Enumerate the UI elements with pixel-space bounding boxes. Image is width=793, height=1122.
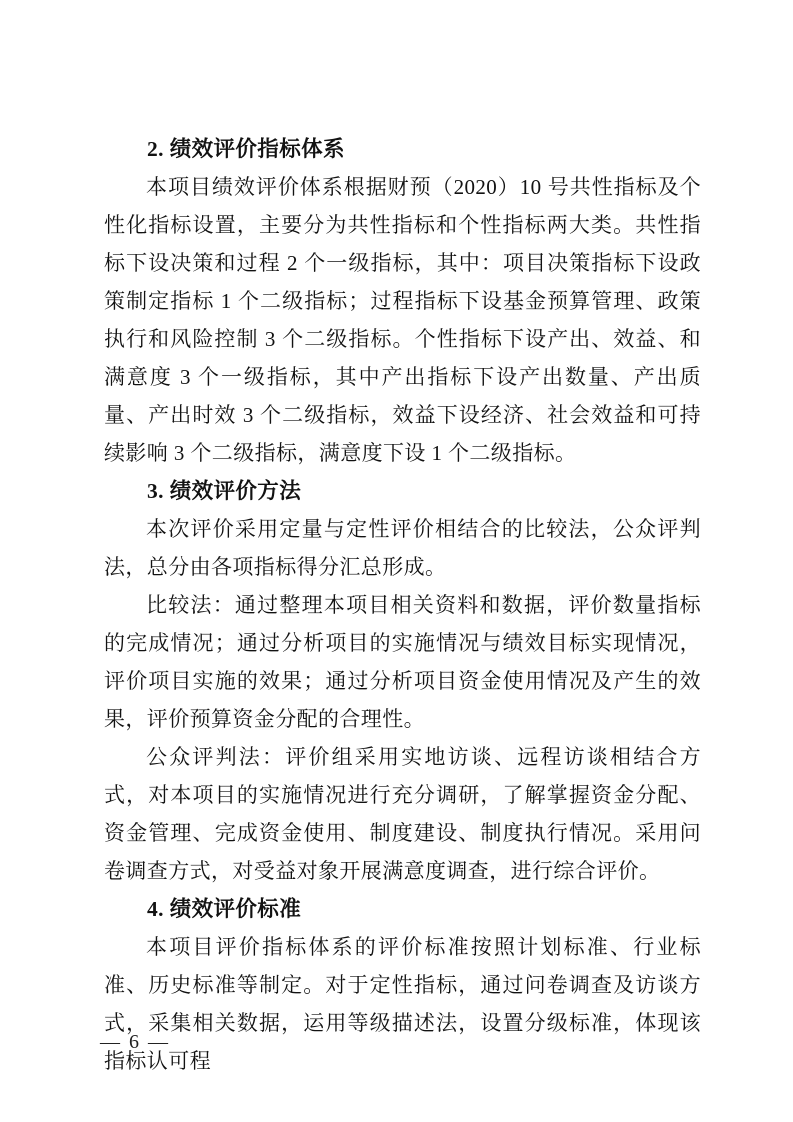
page-number: — 6 — — [100, 1028, 170, 1056]
section-heading-evaluation-method: 3. 绩效评价方法 — [104, 472, 701, 510]
document-content: 2. 绩效评价指标体系 本项目绩效评价体系根据财预（2020）10 号共性指标及… — [104, 130, 701, 1080]
paragraph-public-judgement-method: 公众评判法：评价组采用实地访谈、远程访谈相结合方式，对本项目的实施情况进行充分调… — [104, 738, 701, 890]
document-page: 2. 绩效评价指标体系 本项目绩效评价体系根据财预（2020）10 号共性指标及… — [0, 0, 793, 1122]
paragraph-method-overview: 本次评价采用定量与定性评价相结合的比较法，公众评判法，总分由各项指标得分汇总形成… — [104, 510, 701, 586]
paragraph-indicator-system: 本项目绩效评价体系根据财预（2020）10 号共性指标及个性化指标设置，主要分为… — [104, 168, 701, 472]
section-heading-indicator-system: 2. 绩效评价指标体系 — [104, 130, 701, 168]
section-heading-evaluation-standard: 4. 绩效评价标准 — [104, 890, 701, 928]
paragraph-comparison-method: 比较法：通过整理本项目相关资料和数据，评价数量指标的完成情况；通过分析项目的实施… — [104, 586, 701, 738]
paragraph-evaluation-standard: 本项目评价指标体系的评价标准按照计划标准、行业标准、历史标准等制定。对于定性指标… — [104, 928, 701, 1080]
